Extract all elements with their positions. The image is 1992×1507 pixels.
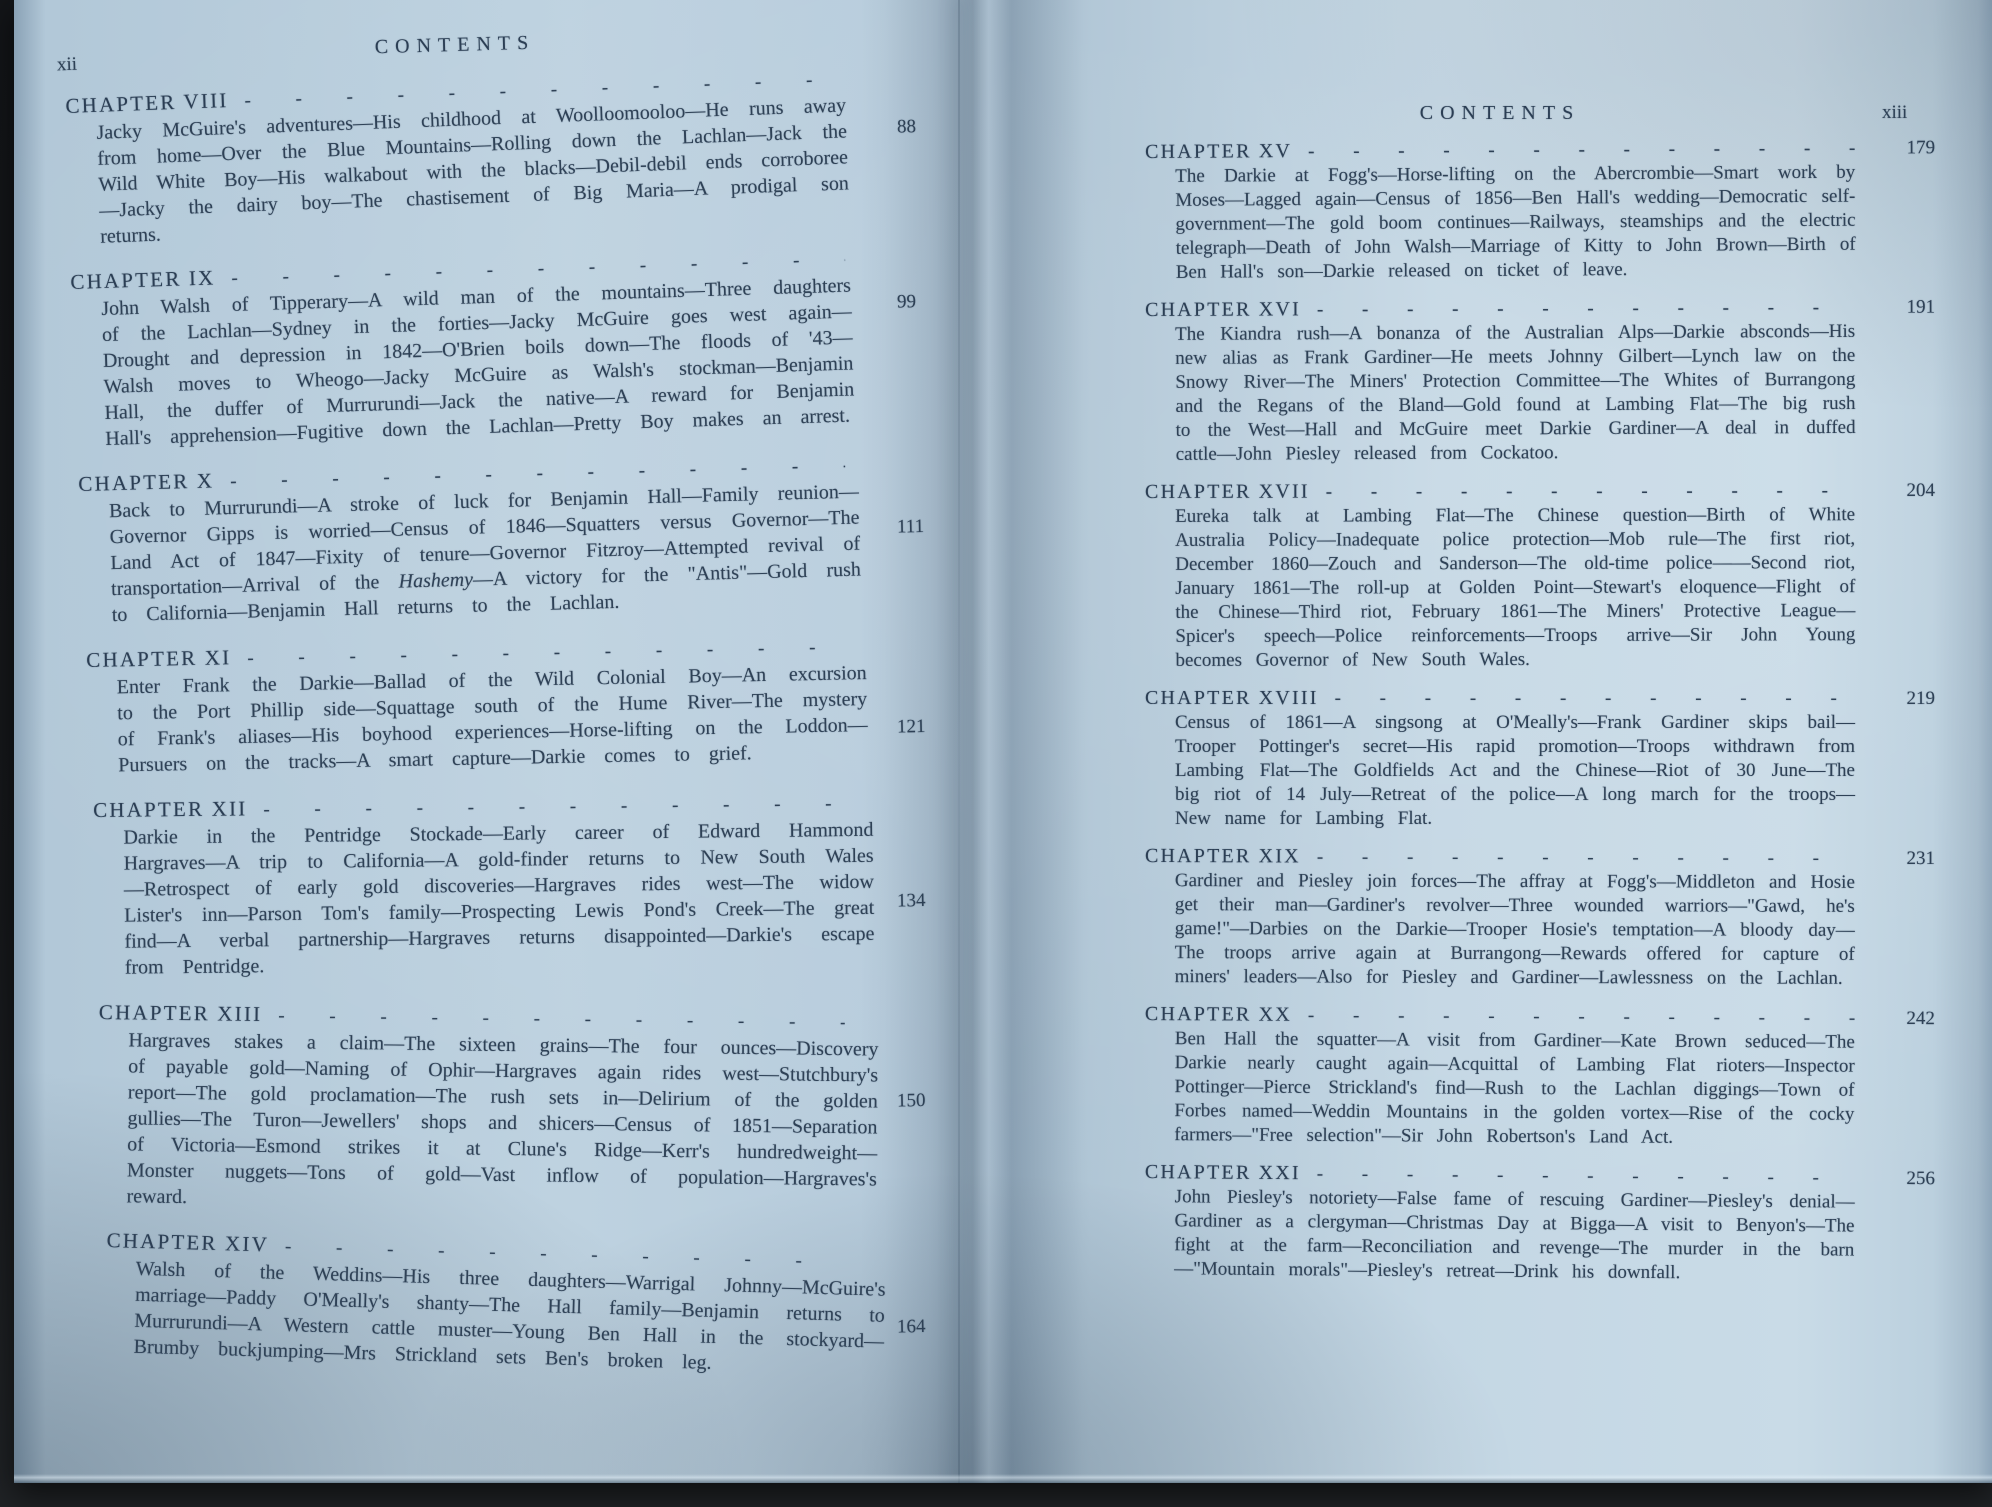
chapter-heading-row: CHAPTER XVII - - - - - - - - - - - - - -…	[1145, 478, 1855, 505]
chapter-summary: Census of 1861—A singsong at O'Meally's—…	[1175, 711, 1855, 831]
book-photo: xii CONTENTS CHAPTER VIII - - - - - - - …	[0, 0, 1992, 1507]
chapter-summary: Ben Hall the squatter—A visit from Gardi…	[1174, 1027, 1855, 1151]
chapter-title: CHAPTER XVII	[1145, 480, 1310, 504]
toc-entry: CHAPTER XXI - - - - - - - - - - - - - - …	[1144, 1160, 1855, 1287]
chapter-title: CHAPTER XII	[93, 795, 248, 823]
chapter-title: CHAPTER VIII	[65, 87, 229, 119]
chapter-title: CHAPTER X	[78, 467, 215, 497]
page-number: 150	[897, 1089, 947, 1112]
chapter-title: CHAPTER XX	[1145, 1002, 1292, 1027]
page-number: 121	[897, 715, 947, 738]
left-running-head: CONTENTS	[65, 23, 845, 68]
toc-entry: CHAPTER XVI - - - - - - - - - - - - - - …	[1145, 295, 1856, 467]
chapter-summary: The Kiandra rush—A bonanza of the Austra…	[1175, 320, 1856, 467]
dash-leader: - - - - - - - - - - - - - - - - - - - - …	[1301, 845, 1855, 870]
page-number: 179	[1906, 136, 1935, 160]
chapter-title: CHAPTER IX	[70, 264, 216, 295]
chapter-summary: Eureka talk at Lambing Flat—The Chinese …	[1175, 503, 1855, 673]
toc-entry: CHAPTER VIII - - - - - - - - - - - - - -…	[65, 64, 850, 250]
page-number: 164	[897, 1315, 947, 1338]
page-bottom-edge	[14, 1474, 1992, 1483]
toc-entry: CHAPTER XIX - - - - - - - - - - - - - - …	[1145, 844, 1855, 991]
dash-leader: - - - - - - - - - - - - - - - - - - - - …	[1319, 687, 1855, 711]
toc-entry: CHAPTER XIII - - - - - - - - - - - - - -…	[96, 999, 845, 1218]
dash-leader: - - - - - - - - - - - - - - - - - - - - …	[1301, 296, 1855, 322]
page-number: 256	[1906, 1167, 1935, 1191]
chapter-heading-row: CHAPTER XIX - - - - - - - - - - - - - - …	[1145, 844, 1855, 871]
page-number: 219	[1907, 687, 1936, 711]
chapter-title: CHAPTER XXI	[1145, 1160, 1301, 1185]
toc-entry: CHAPTER IX - - - - - - - - - - - - - - -…	[70, 245, 850, 453]
right-folio: xiii	[1882, 102, 1907, 124]
dash-leader: - - - - - - - - - - - - - - - - - - - - …	[1292, 1004, 1855, 1031]
right-running-head: CONTENTS	[1145, 102, 1855, 125]
page-number: 191	[1906, 296, 1935, 320]
dash-leader: - - - - - - - - - - - - - - - - - - - - …	[1301, 1162, 1855, 1190]
left-chapter-list: CHAPTER VIII - - - - - - - - - - - - - -…	[65, 93, 845, 1377]
toc-entry: CHAPTER XIV - - - - - - - - - - - - - - …	[103, 1227, 844, 1380]
left-page: xii CONTENTS CHAPTER VIII - - - - - - - …	[14, 0, 972, 1483]
page-number: 88	[897, 115, 947, 138]
toc-entry: CHAPTER XV - - - - - - - - - - - - - - -…	[1145, 136, 1856, 285]
toc-entry: CHAPTER X - - - - - - - - - - - - - - - …	[78, 451, 849, 629]
chapter-title: CHAPTER XVIII	[1145, 686, 1319, 710]
dash-leader: - - - - - - - - - - - - - - - - - - - - …	[1310, 479, 1855, 504]
page-number: 242	[1906, 1007, 1935, 1031]
chapter-summary: Darkie in the Pentridge Stockade—Early c…	[123, 817, 875, 981]
chapter-summary: Walsh of the Weddins—His three daughters…	[133, 1256, 886, 1381]
chapter-title: CHAPTER XI	[86, 644, 232, 673]
page-number: 134	[897, 889, 947, 912]
page-number: 204	[1907, 479, 1936, 503]
chapter-summary: John Walsh of Tipperary—A wild man of th…	[101, 272, 856, 451]
page-number: 111	[897, 515, 947, 538]
chapter-heading-row: CHAPTER XVIII - - - - - - - - - - - - - …	[1145, 686, 1855, 711]
chapter-title: CHAPTER XIV	[106, 1227, 269, 1258]
book-spread: xii CONTENTS CHAPTER VIII - - - - - - - …	[14, 0, 1992, 1483]
chapter-title: CHAPTER XIX	[1145, 844, 1301, 868]
spine-crease	[958, 0, 960, 1483]
right-chapter-list: CHAPTER XV - - - - - - - - - - - - - - -…	[1145, 140, 1855, 1294]
chapter-heading-row: CHAPTER XV - - - - - - - - - - - - - - -…	[1145, 136, 1855, 165]
chapter-heading-row: CHAPTER XX - - - - - - - - - - - - - - -…	[1145, 1002, 1855, 1031]
right-page: CONTENTS xiii CHAPTER XV - - - - - - - -…	[1010, 0, 1992, 1483]
chapter-summary: Hargraves stakes a claim—The sixteen gra…	[126, 1027, 878, 1218]
chapter-title: CHAPTER XIII	[99, 999, 263, 1027]
chapter-summary: Gardiner and Piesley join forces—The aff…	[1175, 869, 1855, 991]
chapter-title: CHAPTER XVI	[1145, 297, 1301, 322]
toc-entry: CHAPTER XX - - - - - - - - - - - - - - -…	[1144, 1002, 1855, 1151]
chapter-summary: Back to Murrurundi—A stroke of luck for …	[109, 479, 862, 629]
chapter-summary: The Darkie at Fogg's—Horse-lifting on th…	[1175, 161, 1856, 285]
toc-entry: CHAPTER XVIII - - - - - - - - - - - - - …	[1145, 686, 1855, 831]
toc-entry: CHAPTER XVII - - - - - - - - - - - - - -…	[1145, 478, 1856, 673]
dash-leader: - - - - - - - - - - - - - - - - - - - - …	[1292, 137, 1855, 164]
chapter-summary: Enter Frank the Darkie—Ballad of the Wil…	[117, 660, 869, 778]
page-number: 99	[897, 290, 947, 313]
toc-entry: CHAPTER XI - - - - - - - - - - - - - - -…	[86, 632, 847, 779]
chapter-summary: John Piesley's notoriety—False fame of r…	[1174, 1185, 1855, 1286]
chapter-heading-row: CHAPTER XVI - - - - - - - - - - - - - - …	[1145, 295, 1855, 323]
chapter-title: CHAPTER XV	[1145, 139, 1292, 164]
toc-entry: CHAPTER XII - - - - - - - - - - - - - - …	[93, 789, 847, 981]
page-number: 231	[1906, 847, 1935, 871]
chapter-summary: Jacky McGuire's adventures—His childhood…	[96, 92, 850, 249]
